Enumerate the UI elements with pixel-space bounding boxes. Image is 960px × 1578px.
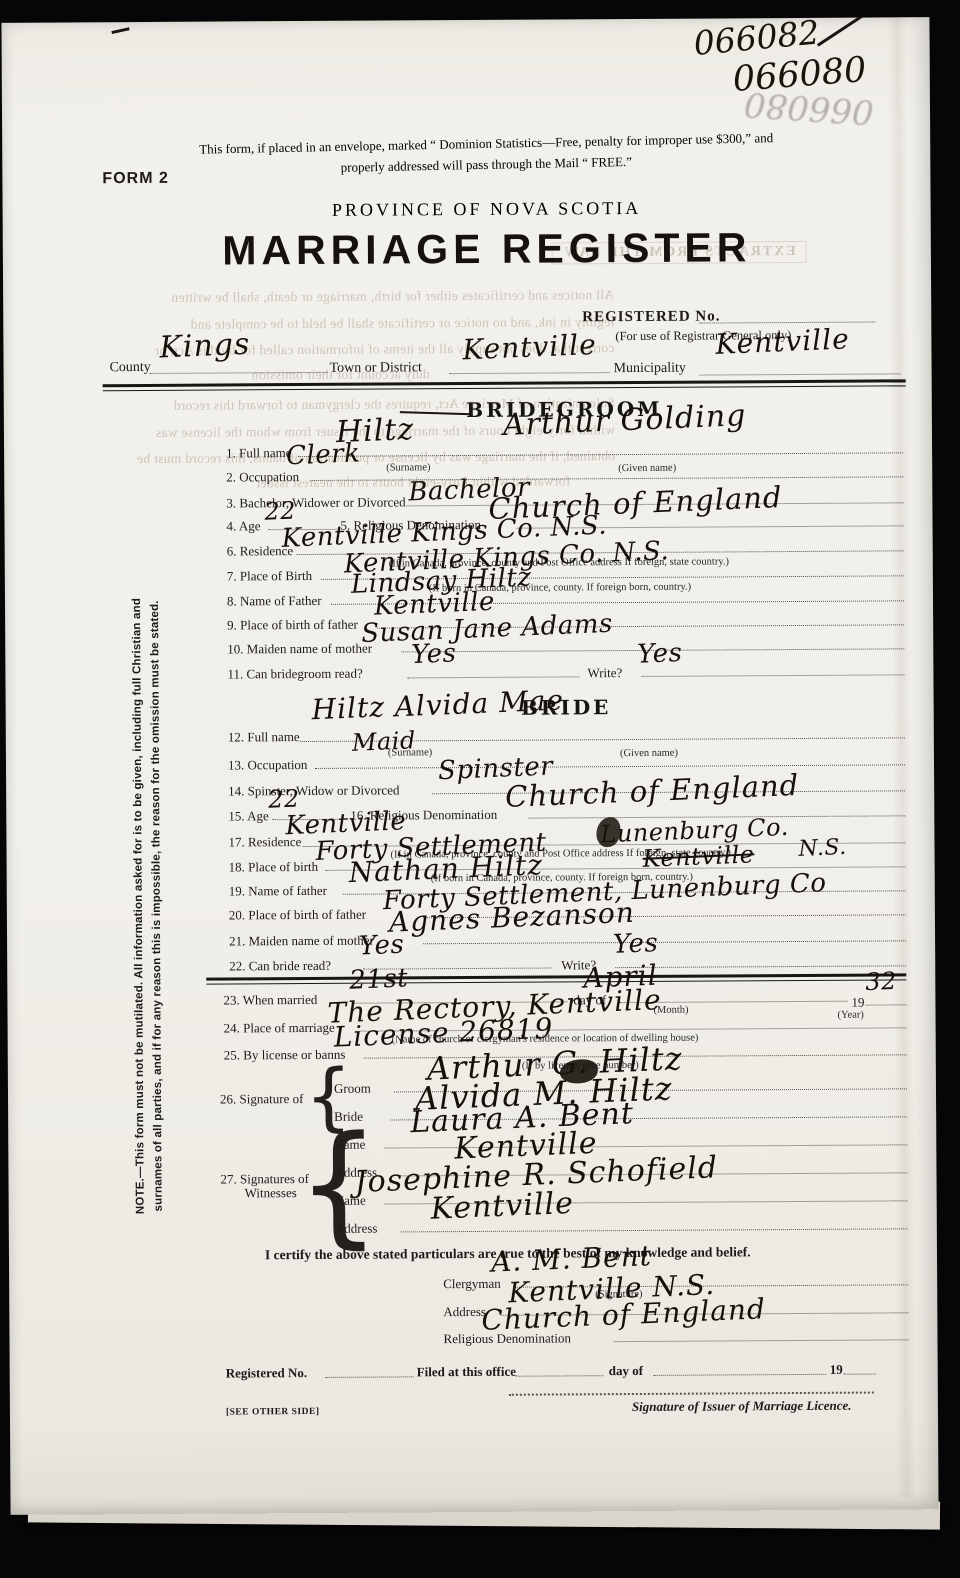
pen-stroke [817, 17, 872, 46]
margin-note: NOTE.—This form must not be mutilated. A… [129, 570, 169, 1242]
witness2-address-label: Address [335, 1221, 378, 1237]
margin-note-line2: surnames of all parties, and if for any … [147, 570, 169, 1242]
clergyman-address-label: Address [443, 1304, 486, 1320]
br-father-label: 19. Name of father [229, 883, 327, 900]
marriage-register-form: EXTRACTS FROM THE LAW All notices and ce… [1, 17, 938, 1515]
br-can-read-value: Yes [359, 932, 405, 960]
county-label: County [110, 360, 151, 376]
bg-can-read-value: Yes [411, 640, 457, 668]
footer-registered-no-label: Registered No. [226, 1365, 307, 1381]
municipality-label: Municipality [614, 361, 686, 377]
dotted-line [700, 373, 901, 375]
br-occupation-value: Maid [351, 728, 416, 755]
dotted-line [450, 372, 610, 374]
year-prefix-label: 19 [851, 995, 864, 1011]
registered-no-label: REGISTERED No. [582, 308, 720, 326]
town-label: Town or District [330, 360, 422, 377]
province-title: PROVINCE OF NOVA SCOTIA [117, 197, 857, 223]
groom-sig-label: Groom [334, 1081, 371, 1097]
dotted-line [614, 1339, 909, 1342]
bg-occupation-value: Clerk [286, 440, 361, 469]
dotted-line [844, 1374, 876, 1375]
bg-father-label: 8. Name of Father [227, 593, 322, 610]
br-occupation-label: 13. Occupation [228, 757, 308, 773]
bg-status-label: 3. Bachelor, Widower or Divorced [226, 494, 405, 511]
bg-birthplace-label: 7. Place of Birth [227, 568, 312, 585]
dotted-line [615, 965, 906, 968]
scanned-document: EXTRACTS FROM THE LAW All notices and ce… [0, 0, 960, 1578]
year-caption: (Year) [837, 1010, 863, 1021]
bg-mother-label: 10. Maiden name of mother [227, 641, 372, 658]
br-can-read-label: 22. Can bride read? [229, 958, 331, 975]
bg-given-caption: (Given name) [618, 463, 676, 474]
footer-day-of-label: day of [609, 1363, 643, 1379]
br-surname-value: Hiltz [311, 693, 385, 724]
witness2-address-value: Kentville [430, 1189, 574, 1225]
bleedthrough-line: obtained, if the marriage was by license… [110, 448, 615, 467]
divider-rule [206, 979, 906, 984]
bg-given-name-value: Arthur Golding [502, 401, 747, 441]
bg-occupation-label: 2. Occupation [226, 469, 299, 485]
bg-age-label: 4. Age [226, 518, 260, 534]
br-birthplace-struck-value: Kentville [642, 842, 755, 871]
br-full-name-label: 12. Full name [228, 729, 300, 745]
bg-surname-caption: (Surname) [386, 462, 430, 473]
bg-age-value: 22 [264, 499, 297, 524]
pen-mark [111, 27, 129, 34]
dotted-line [407, 676, 579, 678]
br-mother-label: 21. Maiden name of mother [229, 933, 374, 950]
see-other-side-label: [SEE OTHER SIDE] [226, 1407, 320, 1418]
dotted-line [326, 1376, 414, 1378]
municipality-value: Kentville [715, 325, 850, 358]
bg-can-write-label: Write? [587, 665, 622, 681]
paper-crease [887, 17, 916, 1497]
dotted-line [699, 322, 875, 324]
bg-father-birthplace-label: 9. Place of birth of father [227, 617, 358, 634]
dotted-line [423, 940, 906, 944]
footer-year-prefix: 19 [830, 1362, 843, 1378]
br-birthplace-province-value: N.S. [798, 837, 847, 861]
county-value: Kings [159, 330, 251, 364]
br-given-name-value: Alvida Mae [394, 686, 564, 721]
footer-filed-label: Filed at this office [417, 1364, 516, 1381]
bg-full-name-label: 1. Full name [226, 445, 291, 461]
dotted-line [315, 764, 905, 769]
witness-signatures-label2: Witnesses [245, 1185, 297, 1201]
br-can-write-value: Yes [613, 930, 659, 958]
br-status-label: 14. Spinster, Widow or Divorced [228, 782, 399, 799]
page-title: MARRIAGE REGISTER [117, 224, 857, 276]
dotted-line [654, 1374, 826, 1376]
denomination-value: Church of England [481, 1295, 767, 1335]
br-birthplace-label: 18. Place of birth [229, 859, 319, 876]
br-father-birthplace-label: 20. Place of birth of father [229, 907, 366, 924]
year-value: 32 [865, 969, 898, 994]
witness1-name-label: Name [334, 1137, 365, 1153]
place-of-marriage-label: 24. Place of marriage [224, 1020, 335, 1037]
bg-can-write-value: Yes [637, 640, 683, 668]
br-age-value: 22 [268, 787, 301, 812]
corner-number-ghost: 066080 [743, 84, 875, 132]
br-given-caption: (Given name) [620, 748, 678, 759]
when-married-label: 23. When married [223, 992, 317, 1009]
dotted-line [516, 1375, 604, 1377]
br-age-label: 15. Age [228, 808, 269, 824]
signature-of-label: 26. Signature of [220, 1091, 304, 1108]
when-married-day-value: 21st [349, 965, 409, 993]
dotted-line [641, 674, 904, 677]
bleedthrough-line: All notices and certificates either for … [109, 287, 614, 306]
br-mother-value: Agnes Bezanson [388, 899, 635, 937]
form-number-label: FORM 2 [102, 170, 169, 188]
dotted-line [401, 1228, 908, 1232]
issuer-signature-caption: Signature of Issuer of Marriage Licence. [632, 1398, 852, 1415]
dotted-line [509, 1392, 874, 1396]
bg-can-read-label: 11. Can bridegroom read? [227, 666, 362, 683]
town-value: Kentville [462, 331, 597, 364]
